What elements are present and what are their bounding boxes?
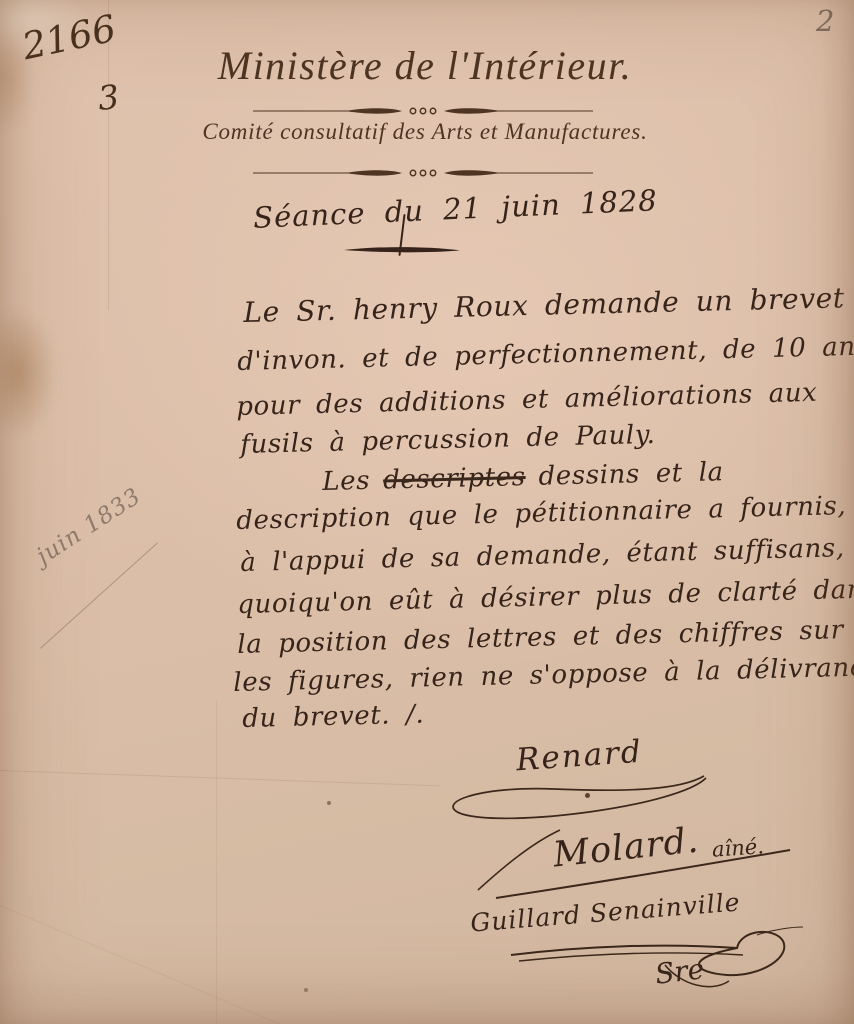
registry-number: 2166 [19, 7, 120, 69]
session-date: Séance du 21 juin 1828 [252, 183, 658, 235]
document-page: 2166 3 2 Ministère de l'Intérieur. Comit… [0, 0, 854, 1024]
ink-speck [304, 988, 308, 992]
pencil-note: juin 1833 [32, 483, 146, 570]
body-line: la position des lettres et des chiffres … [237, 615, 844, 660]
crease-vertical-bottom [216, 700, 217, 1024]
body-line-strike: Lesdescriptesdessins et la [322, 457, 737, 497]
body-line: quoiqu'on eût à désirer plus de clarté d… [237, 574, 854, 620]
secretary-initials: Sre [653, 952, 706, 991]
body-line: Le Sr. henry Roux demande un brevet [243, 281, 845, 329]
registry-subnumber: 3 [96, 77, 121, 118]
folio-number: 2 [816, 4, 834, 38]
struck-word: descriptes [383, 462, 526, 495]
body-line: pour des additions et améliorations aux [236, 378, 818, 422]
ornamental-divider-bottom [250, 166, 596, 180]
paper-stain-left [0, 305, 58, 440]
ornamental-divider-top [250, 104, 596, 118]
crease-diagonal-bottom-left [0, 905, 295, 1024]
body-line: d'invon. et de perfectionnement, de 10 a… [237, 331, 854, 377]
ministry-title: Ministère de l'Intérieur. [140, 42, 710, 89]
body-line: fusils à percussion de Pauly. [240, 420, 656, 460]
strike-line-prefix: Les [322, 466, 371, 497]
signature-member-qualifier: aîné. [711, 834, 764, 862]
session-underline [342, 245, 464, 255]
body-line: du brevet. /. [242, 700, 425, 734]
body-line: description que le pétitionnaire a fourn… [236, 491, 847, 536]
body-line: les figures, rien ne s'oppose à la déliv… [233, 652, 854, 698]
strike-line-suffix: dessins et la [538, 457, 724, 492]
committee-title: Comité consultatif des Arts et Manufactu… [105, 119, 745, 145]
crease-horizontal-left [0, 770, 440, 786]
body-line: à l'appui de sa demande, étant suffisans… [240, 533, 845, 578]
ink-speck [327, 801, 331, 805]
